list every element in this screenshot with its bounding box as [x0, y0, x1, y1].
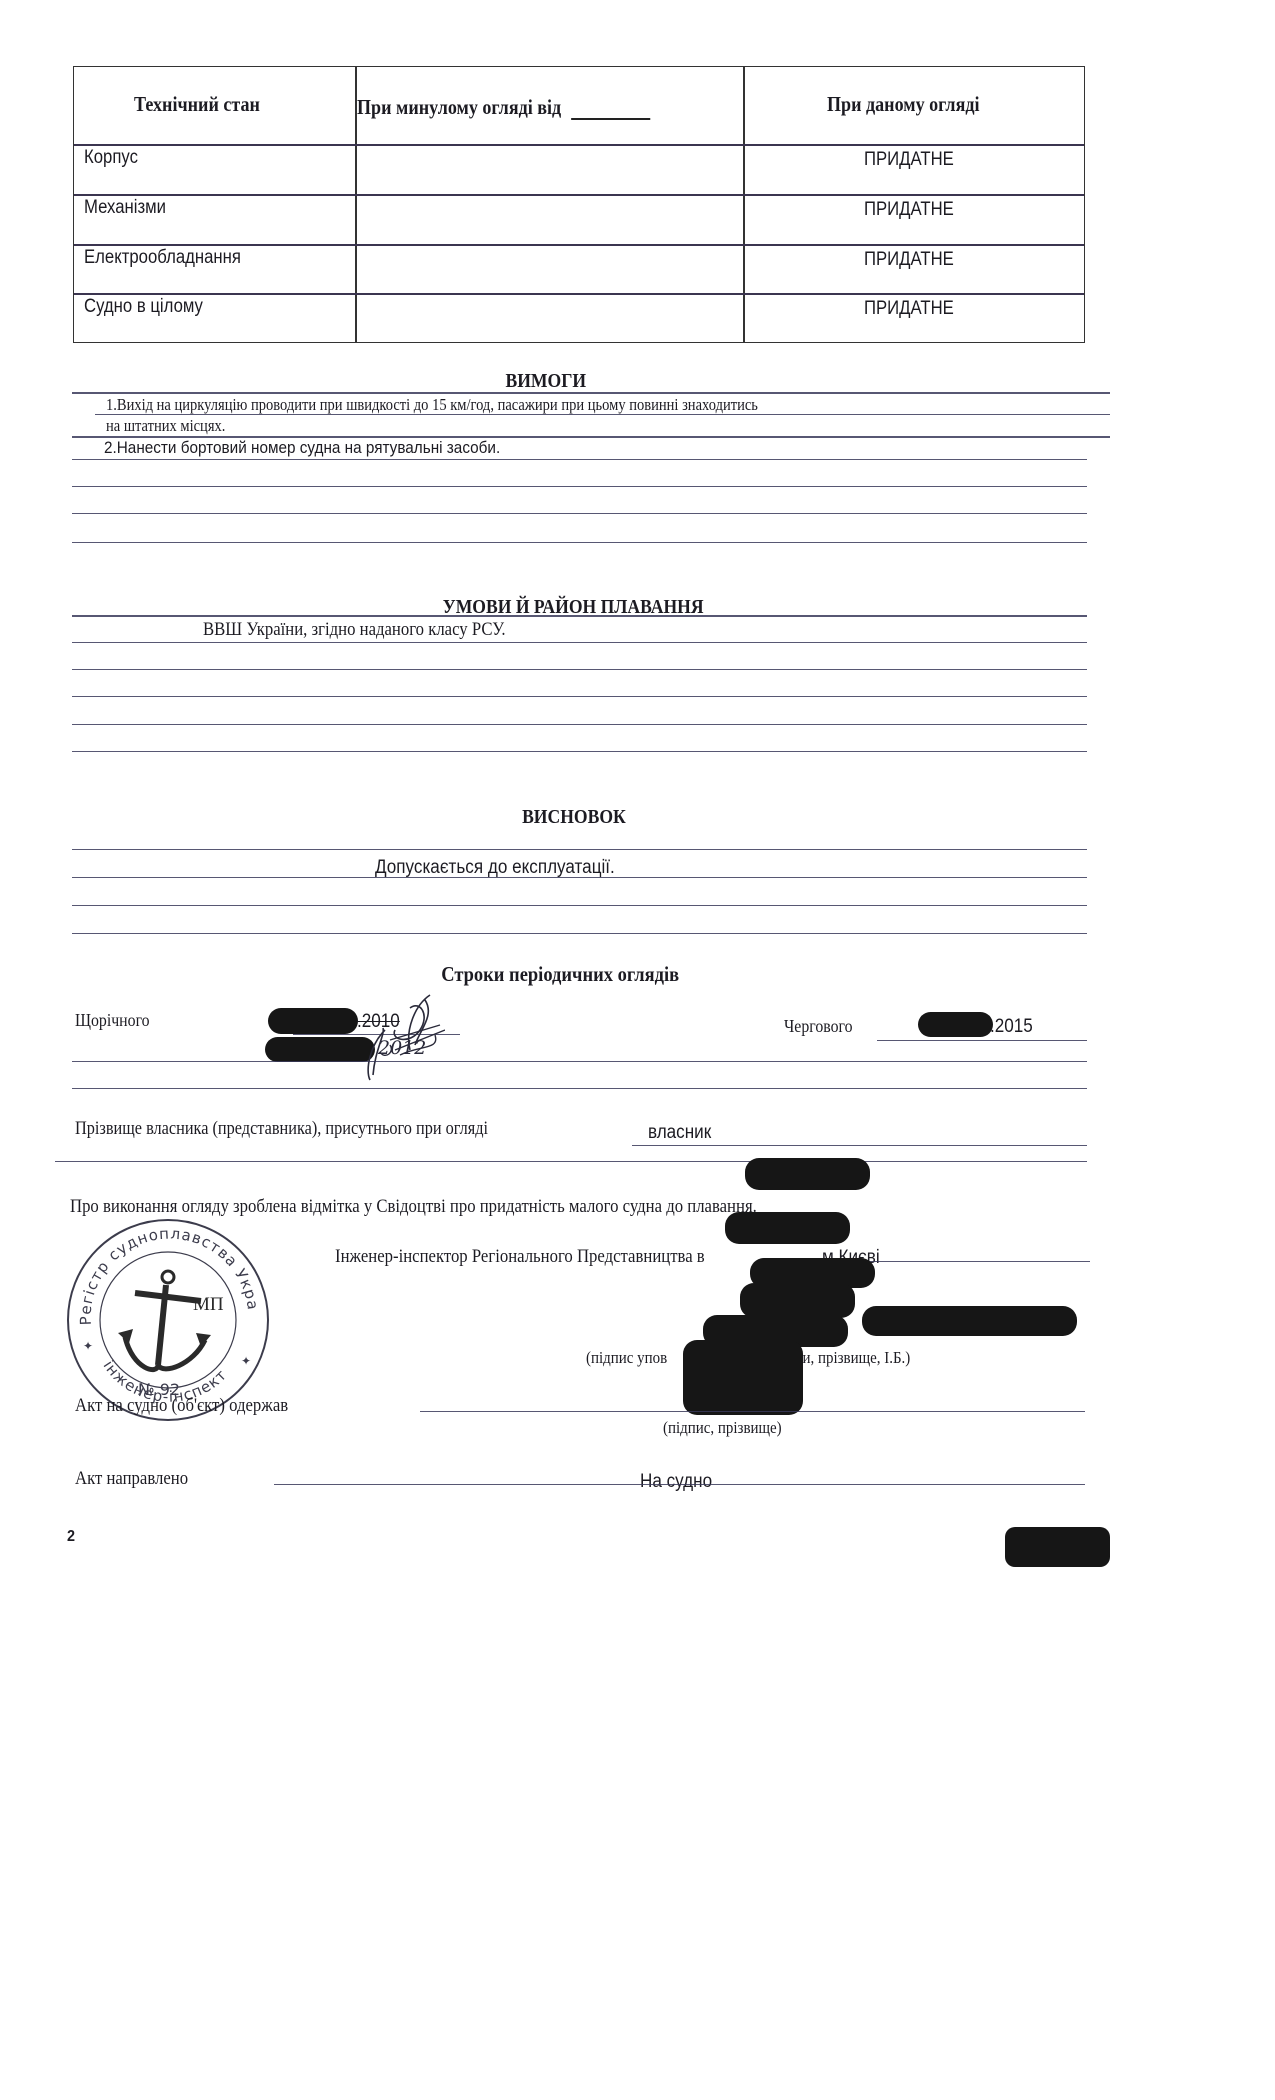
- signature-icon: [245, 990, 445, 1090]
- row-item: Електрообладнання: [84, 247, 241, 269]
- next-date: .2015: [990, 1016, 1033, 1038]
- condition-table: Технічний стан При минулому огляді від П…: [73, 66, 1085, 343]
- ruled-line: [55, 1161, 1087, 1162]
- row-item: Судно в цілому: [84, 296, 203, 318]
- table-divider: [74, 144, 1084, 146]
- ruled-line: [72, 849, 1087, 850]
- row-status: ПРИДАТНЕ: [864, 149, 954, 171]
- header-previous-inspection-label: При минулому огляді від: [357, 95, 561, 119]
- ruled-line: [72, 615, 1087, 617]
- ruled-line: [72, 513, 1087, 514]
- navigation-conditions-text: ВВШ України, згідно наданого класу РСУ.: [203, 619, 506, 641]
- inspector-signature-caption-start: (підпис упов: [586, 1348, 667, 1368]
- ruled-line: [95, 414, 1110, 415]
- requirement-2: 2.Нанести бортовий номер судна на рятува…: [104, 438, 500, 458]
- periodic-inspections-title: Строки періодичних оглядів: [441, 962, 679, 987]
- page-number: 2: [67, 1528, 75, 1546]
- redacted-block: [683, 1340, 803, 1415]
- ruled-line: [72, 905, 1087, 906]
- svg-text:✦: ✦: [83, 1339, 93, 1353]
- ruled-line: [72, 696, 1087, 697]
- ruled-line: [72, 1088, 1087, 1089]
- official-stamp-icon: Регістр судноплавства України інженер-ін…: [63, 1215, 273, 1425]
- redacted-block: [745, 1158, 870, 1190]
- svg-text:МП: МП: [193, 1294, 224, 1315]
- ruled-line: [72, 1061, 1087, 1062]
- annual-label: Щорічного: [75, 1010, 150, 1031]
- table-divider: [74, 293, 1084, 295]
- act-received-caption: (підпис, прізвище): [663, 1418, 782, 1438]
- svg-text:✦: ✦: [241, 1354, 251, 1368]
- act-received-underline: [420, 1411, 1085, 1412]
- ruled-line: [72, 877, 1087, 878]
- row-item: Механізми: [84, 197, 166, 219]
- date-underline: [877, 1040, 1087, 1041]
- header-previous-inspection: При минулому огляді від: [357, 95, 651, 120]
- redacted-block: [862, 1306, 1077, 1336]
- header-technical-state: Технічний стан: [134, 92, 260, 117]
- act-received-label: Акт на судно (об'єкт) одержав: [75, 1395, 288, 1417]
- requirement-1-line-1: 1.Вихід на циркуляцію проводити при швид…: [106, 395, 758, 415]
- requirements-title: ВИМОГИ: [505, 370, 586, 393]
- previous-date-blank: [571, 118, 650, 120]
- ruled-line: [72, 486, 1087, 487]
- owner-label: Прізвище власника (представника), присут…: [75, 1119, 488, 1140]
- next-label: Чергового: [784, 1016, 853, 1037]
- act-sent-value: На судно: [640, 1471, 712, 1493]
- ruled-line: [72, 933, 1087, 934]
- redacted-block: [918, 1012, 993, 1037]
- ruled-line: [72, 642, 1087, 643]
- header-current-inspection: При даному огляді: [827, 92, 979, 117]
- table-divider: [74, 194, 1084, 196]
- ruled-line: [72, 392, 1110, 394]
- row-status: ПРИДАТНЕ: [864, 249, 954, 271]
- redacted-block: [1005, 1527, 1110, 1567]
- ruled-line: [72, 669, 1087, 670]
- row-status: ПРИДАТНЕ: [864, 199, 954, 221]
- conclusion-title: ВИСНОВОК: [522, 806, 626, 829]
- requirement-1-line-2: на штатних місцях.: [106, 416, 225, 436]
- table-divider: [74, 244, 1084, 246]
- act-sent-label: Акт направлено: [75, 1468, 188, 1490]
- act-sent-underline: [274, 1484, 1085, 1485]
- ruled-line: [72, 542, 1087, 543]
- ruled-line: [72, 751, 1087, 752]
- owner-underline: [632, 1145, 1087, 1146]
- inspector-label: Інженер-інспектор Регіонального Представ…: [335, 1246, 705, 1268]
- conclusion-text: Допускається до експлуатації.: [375, 857, 615, 879]
- redacted-block: [740, 1283, 855, 1318]
- ruled-line: [72, 459, 1087, 460]
- inspector-signature-caption-end: ои, прізвище, І.Б.): [795, 1348, 910, 1368]
- owner-value: власник: [648, 1122, 711, 1144]
- row-item: Корпус: [84, 147, 138, 169]
- table-divider: [743, 67, 745, 342]
- redacted-block: [725, 1212, 850, 1244]
- ruled-line: [72, 724, 1087, 725]
- row-status: ПРИДАТНЕ: [864, 298, 954, 320]
